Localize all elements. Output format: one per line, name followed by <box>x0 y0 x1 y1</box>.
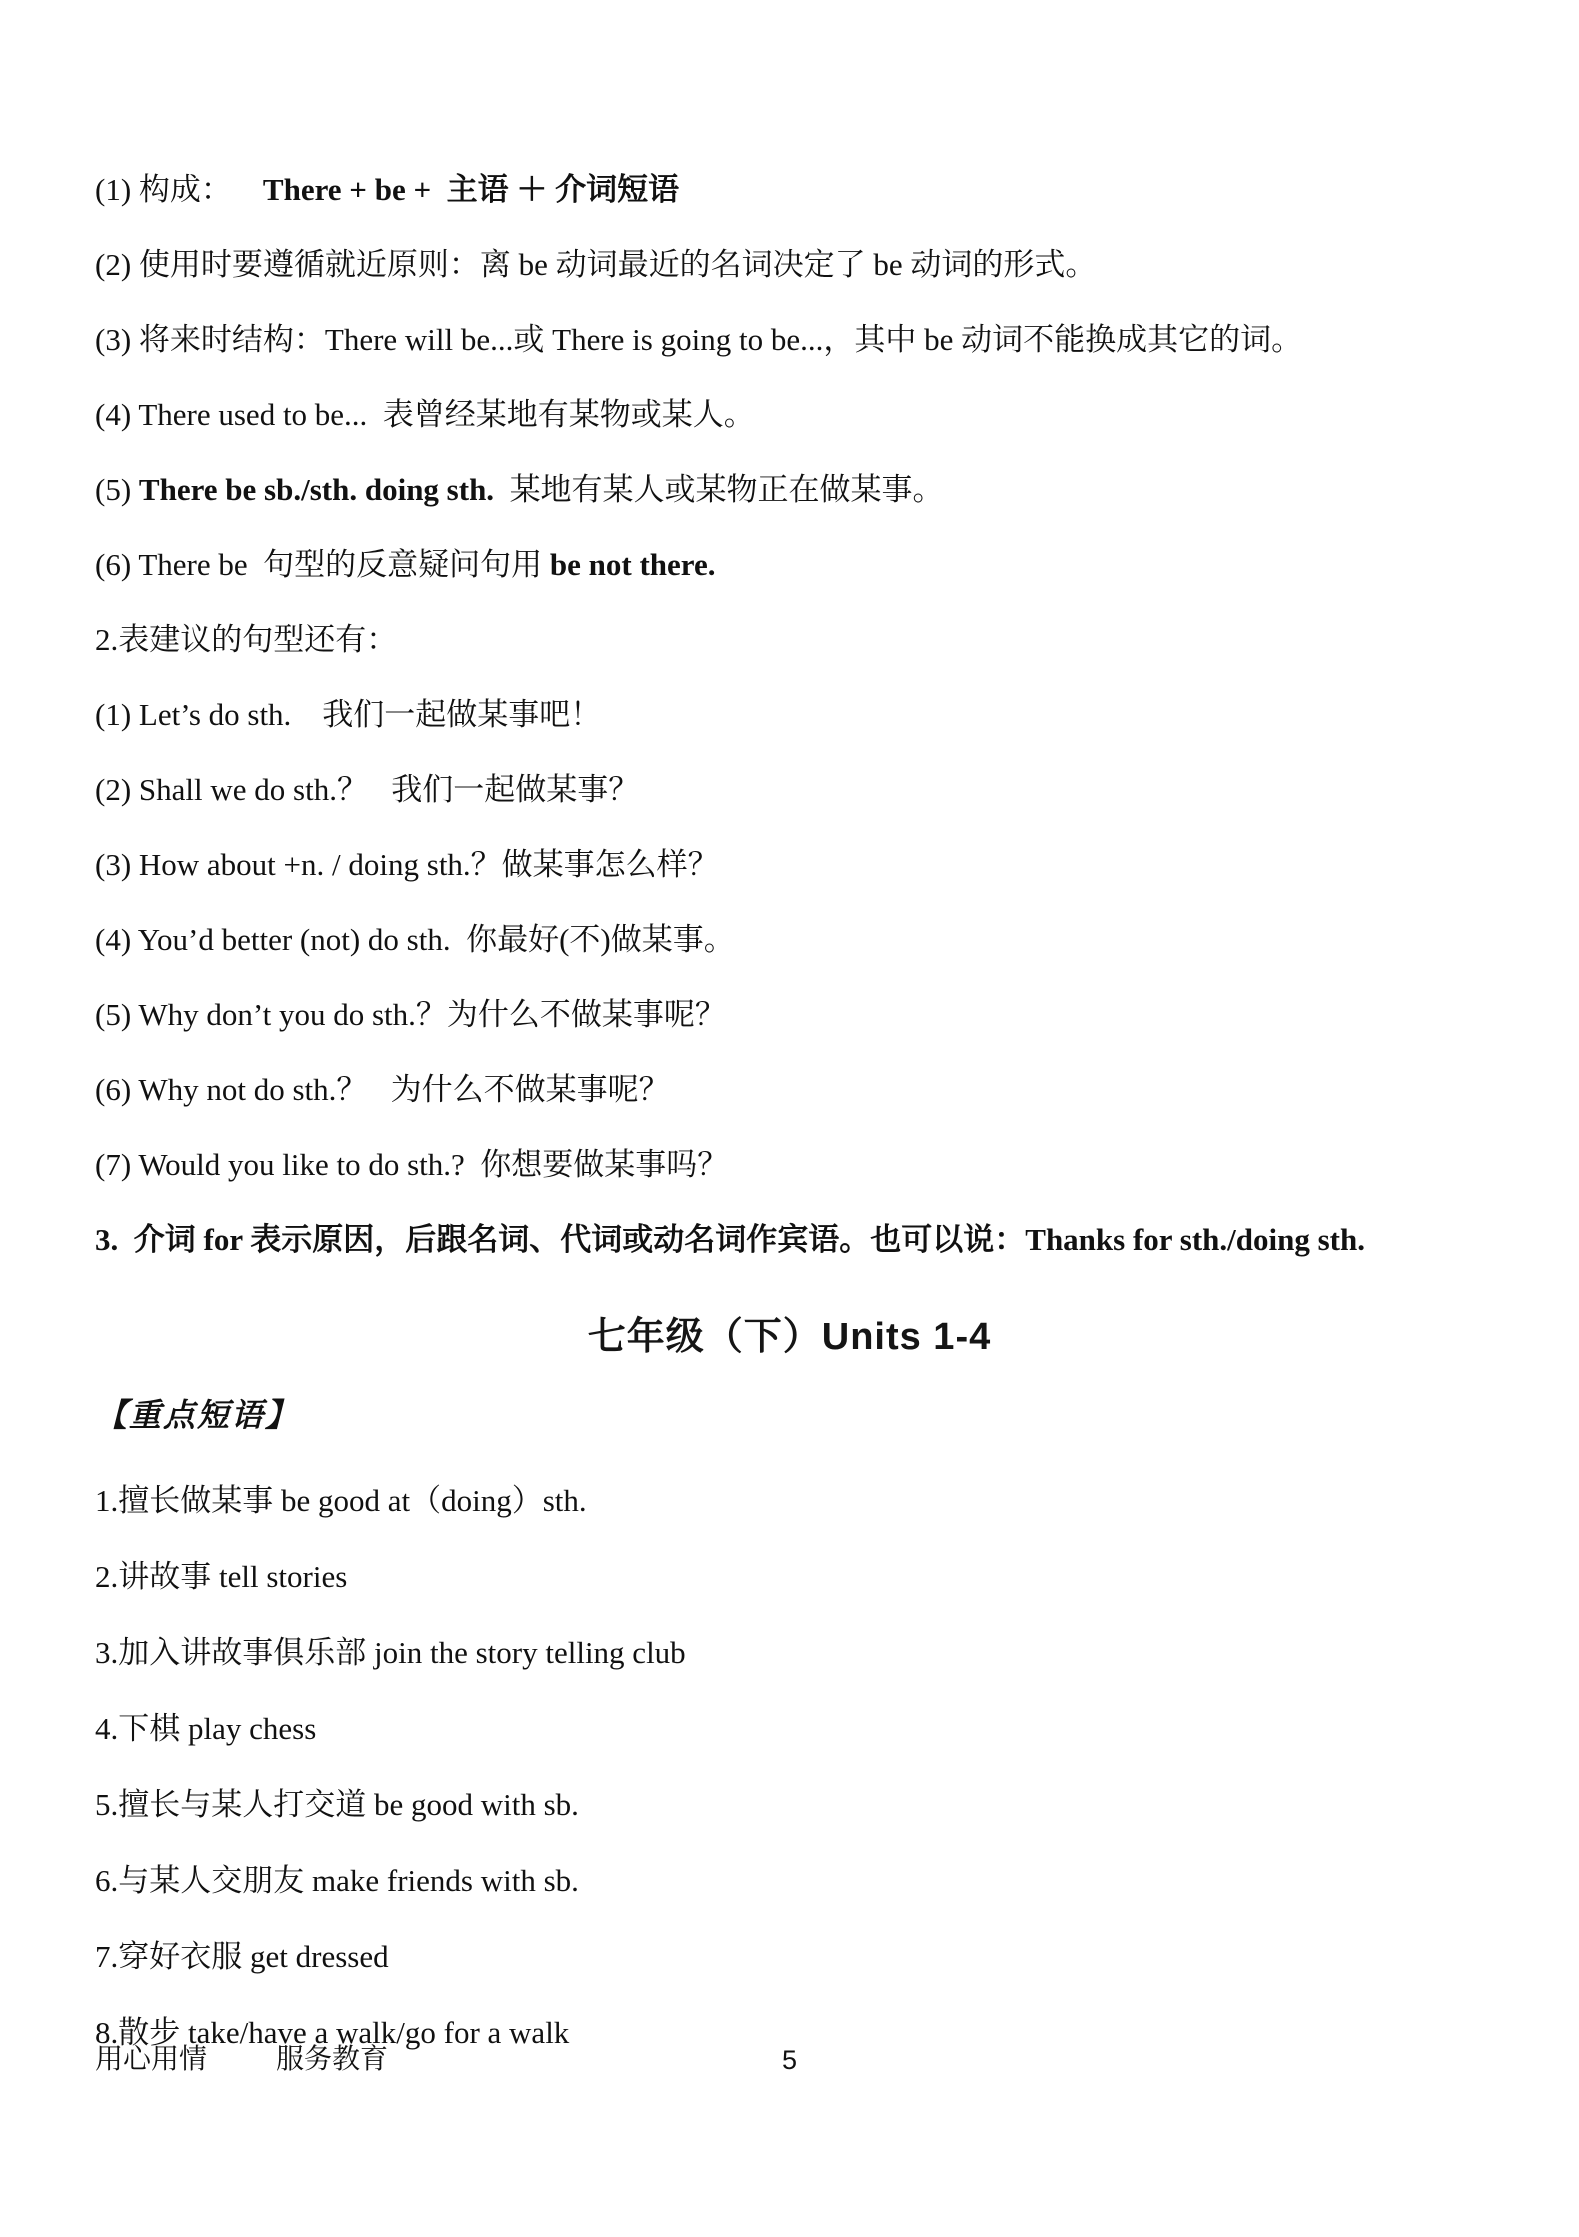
key-phrases-list: 1.擅长做某事 be good at（doing）sth.2.讲故事 tell … <box>95 1463 1484 2071</box>
page-footer: 用心用情 服务教育 5 <box>95 2040 1484 2080</box>
text-segment: (5) <box>95 472 139 507</box>
key-phrases-heading: 【重点短语】 <box>95 1385 1484 1445</box>
text-line: 2.表建议的句型还有： <box>95 602 1484 677</box>
text-line: (4) There used to be... 表曾经某地有某物或某人。 <box>95 377 1484 452</box>
text-segment: (3) How about +n. / doing sth.？做某事怎么样？ <box>95 847 719 882</box>
text-line: (5) Why don’t you do sth.？为什么不做某事呢？ <box>95 977 1484 1052</box>
text-segment: (4) There used to be... 表曾经某地有某物或某人。 <box>95 397 755 432</box>
phrase-line: 7.穿好衣服 get dressed <box>95 1919 1484 1995</box>
text-segment: (2) Shall we do sth.？ 我们一起做某事？ <box>95 772 639 807</box>
text-segment: (6) Why not do sth.？ 为什么不做某事呢？ <box>95 1072 670 1107</box>
document-page: (1) 构成： There + be + 主语 ＋ 介词短语(2) 使用时要遵循… <box>0 0 1579 2237</box>
page-number: 5 <box>782 2040 797 2080</box>
text-line: (1) Let’s do sth. 我们一起做某事吧！ <box>95 677 1484 752</box>
text-segment: (1) 构成： <box>95 172 263 207</box>
grammar-notes-section: (1) 构成： There + be + 主语 ＋ 介词短语(2) 使用时要遵循… <box>95 152 1484 1277</box>
phrase-line: 3.加入讲故事俱乐部 join the story telling club <box>95 1615 1484 1691</box>
text-segment: (1) Let’s do sth. 我们一起做某事吧！ <box>95 697 601 732</box>
text-segment: (7) Would you like to do sth.? 你想要做某事吗？ <box>95 1147 728 1182</box>
text-segment: (3) 将来时结构：There will be...或 There is goi… <box>95 322 1302 357</box>
text-line: (2) Shall we do sth.？ 我们一起做某事？ <box>95 752 1484 827</box>
bold-text-segment: There be sb./sth. doing sth. <box>139 472 494 507</box>
text-line: (5) There be sb./sth. doing sth. 某地有某人或某… <box>95 452 1484 527</box>
text-line: (6) Why not do sth.？ 为什么不做某事呢？ <box>95 1052 1484 1127</box>
text-line: (3) How about +n. / doing sth.？做某事怎么样？ <box>95 827 1484 902</box>
text-segment: 2.表建议的句型还有： <box>95 622 397 657</box>
phrase-line: 1.擅长做某事 be good at（doing）sth. <box>95 1463 1484 1539</box>
footer-motto-2: 服务教育 <box>276 2044 388 2075</box>
text-segment: 某地有某人或某物正在做某事。 <box>494 472 944 507</box>
text-line: (7) Would you like to do sth.? 你想要做某事吗？ <box>95 1127 1484 1202</box>
phrase-line: 4.下棋 play chess <box>95 1691 1484 1767</box>
text-line: (6) There be 句型的反意疑问句用 be not there. <box>95 527 1484 602</box>
text-segment: (6) There be 句型的反意疑问句用 <box>95 547 550 582</box>
footer-motto-1: 用心用情 <box>95 2044 207 2075</box>
text-segment: (2) 使用时要遵循就近原则：离 be 动词最近的名词决定了 be 动词的形式。 <box>95 247 1096 282</box>
text-line: (2) 使用时要遵循就近原则：离 be 动词最近的名词决定了 be 动词的形式。 <box>95 227 1484 302</box>
bold-text-segment: 3. 介词 for 表示原因，后跟名词、代词或动名词作宾语。也可以说：Thank… <box>95 1222 1365 1257</box>
text-segment: (5) Why don’t you do sth.？为什么不做某事呢？ <box>95 997 726 1032</box>
phrase-line: 6.与某人交朋友 make friends with sb. <box>95 1843 1484 1919</box>
page-content: (1) 构成： There + be + 主语 ＋ 介词短语(2) 使用时要遵循… <box>0 0 1579 2071</box>
text-line: (1) 构成： There + be + 主语 ＋ 介词短语 <box>95 152 1484 227</box>
bold-text-segment: be not there. <box>550 547 716 582</box>
text-line: (3) 将来时结构：There will be...或 There is goi… <box>95 302 1484 377</box>
text-line: 3. 介词 for 表示原因，后跟名词、代词或动名词作宾语。也可以说：Thank… <box>95 1202 1484 1277</box>
section-title: 七年级（下）Units 1-4 <box>95 1289 1484 1385</box>
text-line: (4) You’d better (not) do sth. 你最好(不)做某事… <box>95 902 1484 977</box>
phrase-line: 5.擅长与某人打交道 be good with sb. <box>95 1767 1484 1843</box>
phrase-line: 2.讲故事 tell stories <box>95 1539 1484 1615</box>
bold-text-segment: There + be + 主语 ＋ 介词短语 <box>263 172 679 207</box>
text-segment: (4) You’d better (not) do sth. 你最好(不)做某事… <box>95 922 735 957</box>
